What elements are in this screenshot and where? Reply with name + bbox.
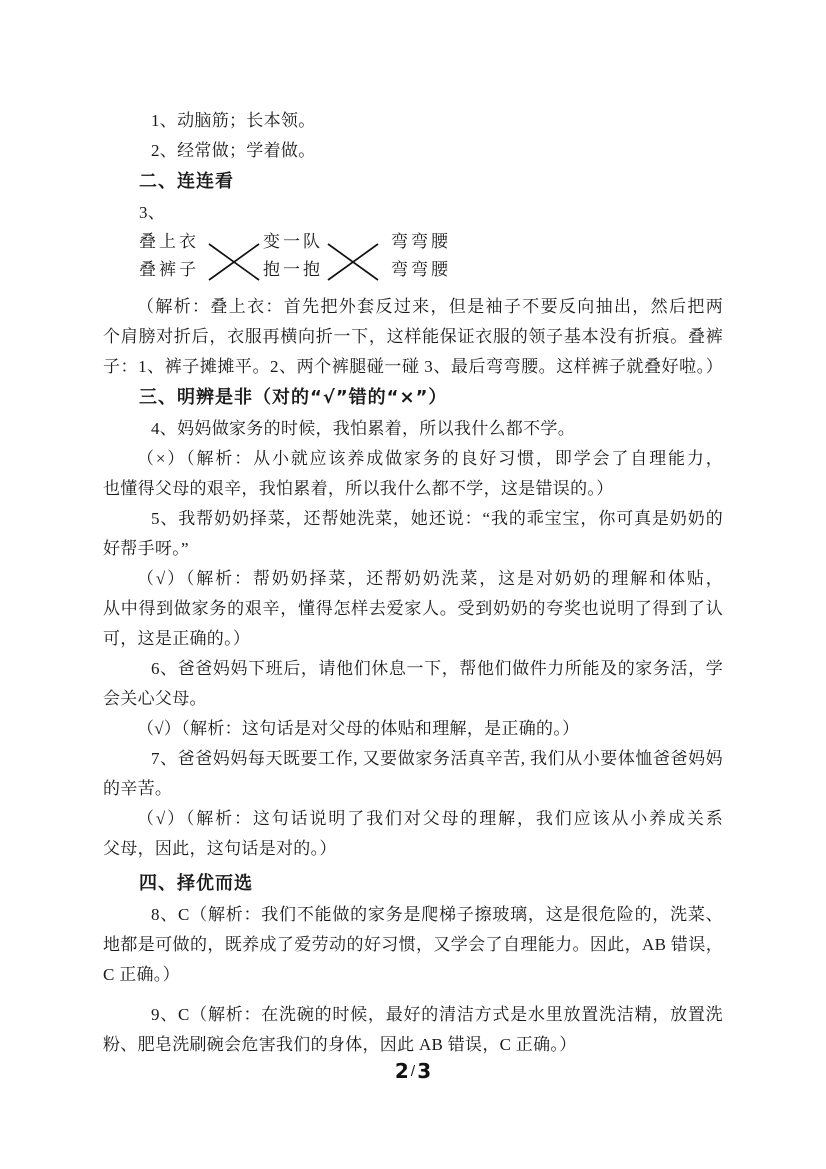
question-5-line: 5、我帮奶奶择菜，还帮她洗菜，她还说：“我的乖宝宝，你可真是奶奶的	[103, 504, 723, 534]
answer-analysis-line: 从中得到做家务的艰辛，懂得怎样去爱家人。受到奶奶的夸奖也说明了得到了认	[103, 594, 723, 624]
question-8-answer-line: C 正确。）	[103, 960, 723, 990]
page-number-current: 2	[395, 1059, 409, 1083]
answer-analysis-line: （√）（解析：这句话是对父母的体贴和理解，是正确的。）	[103, 714, 723, 744]
answer-analysis-line: 也懂得父母的艰辛，我怕累着，所以我什么都不学，这是错误的。）	[103, 474, 723, 504]
question-9-answer-line: 粉、肥皂洗刷碗会危害我们的身体，因此 AB 错误，C 正确。）	[103, 1030, 723, 1060]
document-body: 1、动脑筋；长本领。 2、经常做；学着做。 二、连连看 3、 叠上衣 变一队 弯…	[103, 106, 723, 1060]
diagram-word-die-shangyi: 叠上衣	[139, 228, 199, 256]
section-heading-4: 四、择优而选	[103, 868, 723, 900]
answer-analysis-line: （×）（解析：从小就应该养成做家务的良好习惯，即学会了自理能力，	[103, 444, 723, 474]
section-heading-3: 三、明辨是非（对的“√”错的“×”）	[103, 382, 723, 414]
diagram-word-wan-wanyao-top: 弯弯腰	[391, 228, 451, 256]
question-7-line-cont: 的辛苦。	[103, 774, 723, 804]
question-5-line-cont: 好帮手呀。”	[103, 534, 723, 564]
page-number-separator: /	[409, 1064, 417, 1079]
question-4-line: 4、妈妈做家务的时候，我怕累着，所以我什么都不学。	[103, 414, 723, 444]
section-heading-2: 二、连连看	[103, 166, 723, 198]
answer-analysis-line: （√）（解析：帮奶奶择菜，还帮奶奶洗菜，这是对奶奶的理解和体贴，	[103, 564, 723, 594]
diagram-word-bian-yidui: 变一队	[263, 228, 323, 256]
question-7-line: 7、爸爸妈妈每天既要工作, 又要做家务活真辛苦, 我们从小要体恤爸爸妈妈	[103, 744, 723, 774]
question-6-line-cont: 会关心父母。	[103, 684, 723, 714]
question-8-answer-line: 地都是可做的，既养成了爱劳动的好习惯，又学会了自理能力。因此，AB 错误，	[103, 930, 723, 960]
page-number: 2/3	[0, 1059, 826, 1083]
answer-analysis-line: 父母，因此，这句话是对的。）	[103, 834, 723, 864]
cross-connector-left-icon	[208, 243, 260, 281]
analysis-line: （解析：叠上衣：首先把外套反过来，但是袖子不要反向抽出，然后把两	[103, 292, 723, 322]
question-9-answer-line: 9、C（解析：在洗碗的时候，最好的清洁方式是水里放置洗洁精，放置洗衣	[103, 1000, 723, 1030]
question-8-answer-line: 8、C（解析：我们不能做的家务是爬梯子擦玻璃，这是很危险的，洗菜、扫	[103, 900, 723, 930]
matching-diagram: 叠上衣 变一队 弯弯腰 叠裤子 抱一抱 弯弯腰	[139, 228, 723, 292]
question-6-line: 6、爸爸妈妈下班后，请他们休息一下，帮他们做件力所能及的家务活，学	[103, 654, 723, 684]
page-number-total: 3	[417, 1059, 431, 1083]
analysis-line: 子：1、裤子摊摊平。2、两个裤腿碰一碰 3、最后弯弯腰。这样裤子就叠好啦。）	[103, 352, 723, 382]
question-3-label: 3、	[103, 198, 723, 228]
diagram-word-die-kuzi: 叠裤子	[139, 256, 199, 284]
document-page: 1、动脑筋；长本领。 2、经常做；学着做。 二、连连看 3、 叠上衣 变一队 弯…	[0, 0, 826, 1169]
answer-line-1: 1、动脑筋；长本领。	[103, 106, 723, 136]
answer-line-2: 2、经常做；学着做。	[103, 136, 723, 166]
analysis-line: 个肩膀对折后，衣服再横向折一下，这样能保证衣服的领子基本没有折痕。叠裤	[103, 322, 723, 352]
diagram-word-wan-wanyao-bottom: 弯弯腰	[391, 256, 451, 284]
answer-analysis-line: 可，这是正确的。）	[103, 624, 723, 654]
answer-analysis-line: （√）（解析：这句话说明了我们对父母的理解，我们应该从小养成关系	[103, 804, 723, 834]
cross-connector-right-icon	[327, 243, 379, 281]
diagram-word-bao-yibao: 抱一抱	[263, 256, 323, 284]
